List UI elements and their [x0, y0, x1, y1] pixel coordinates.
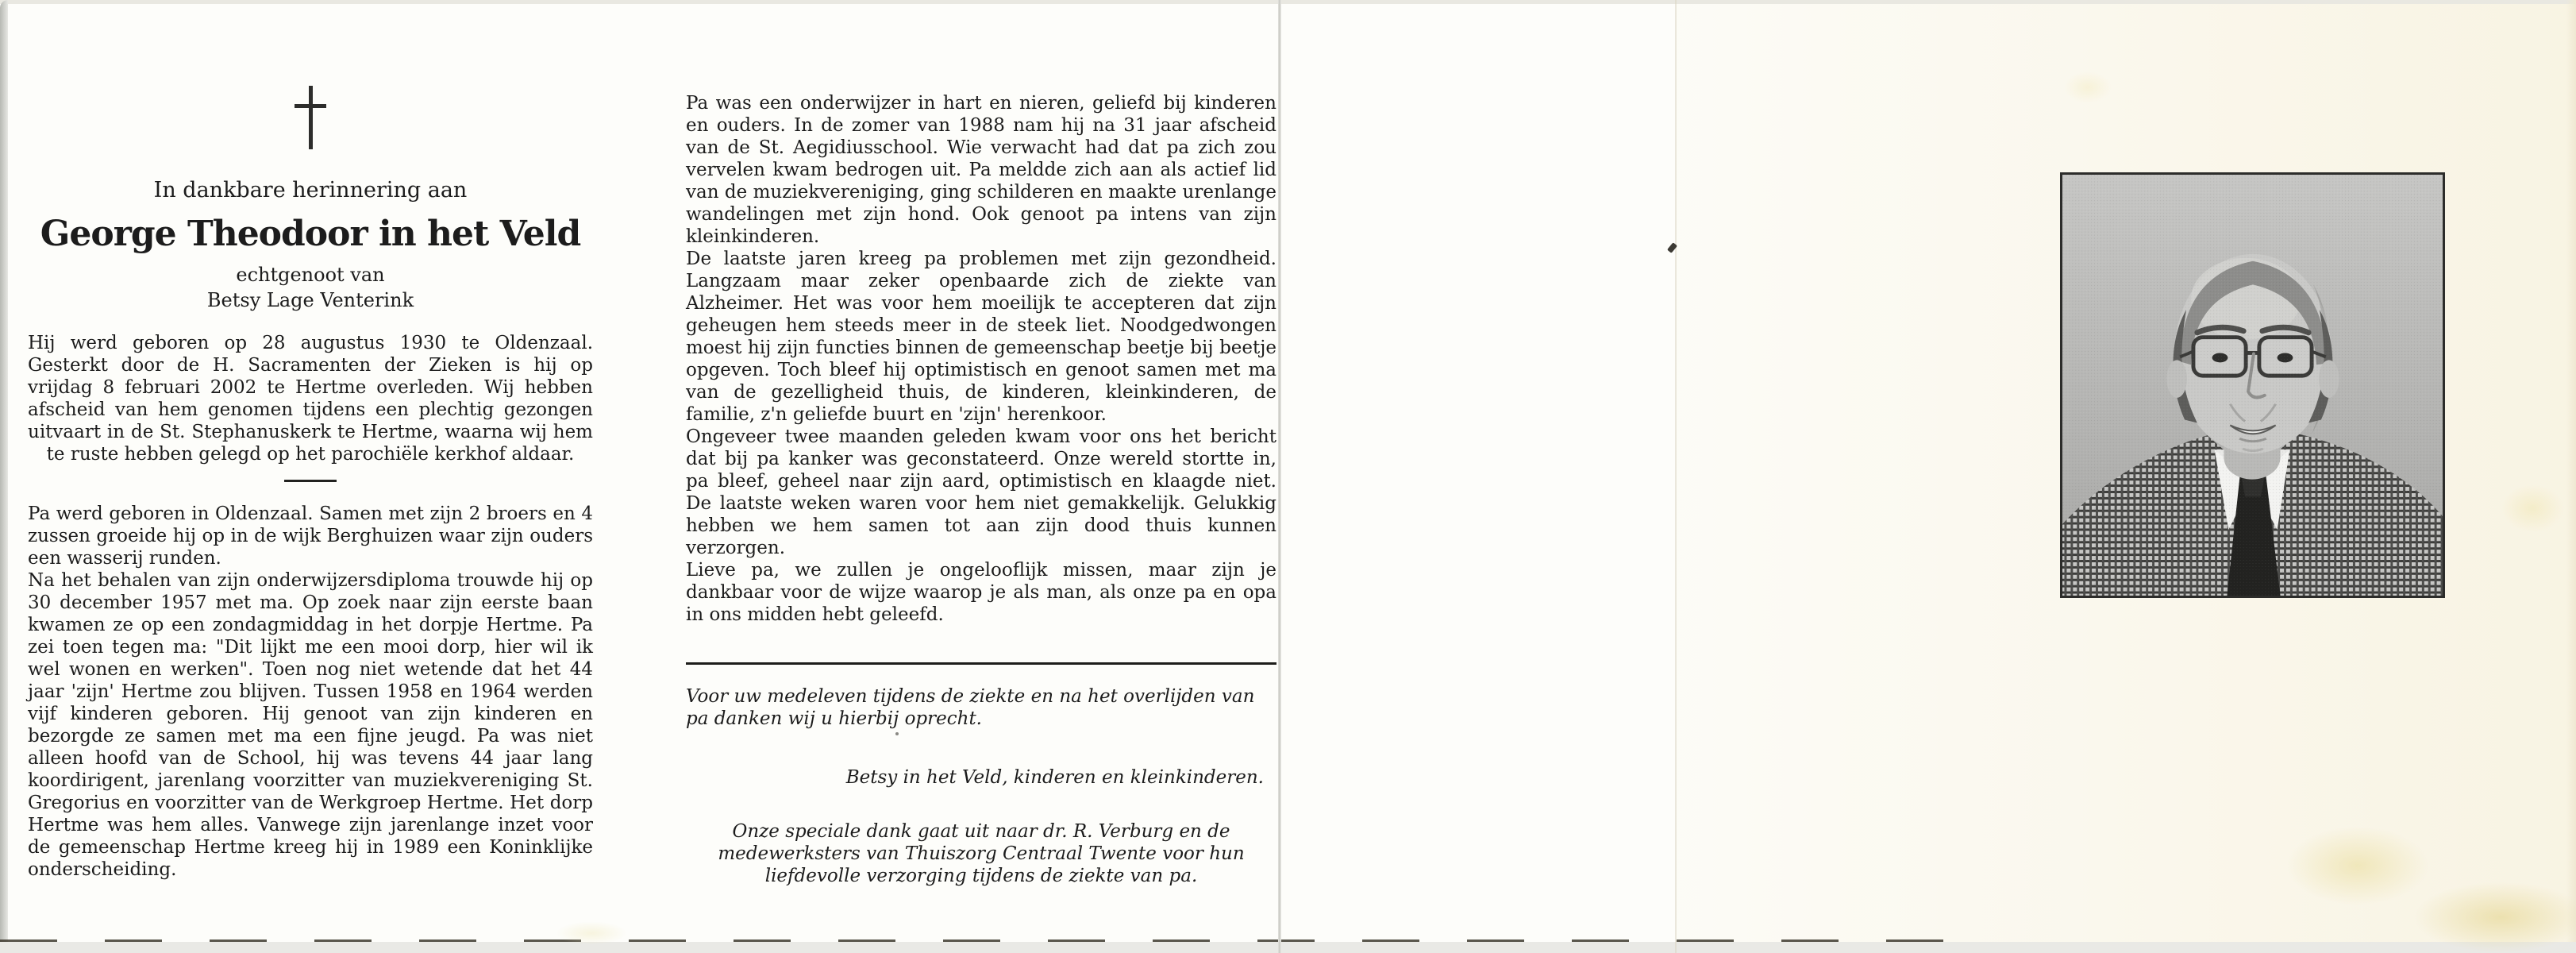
spouse-name: Betsy Lage Venterink — [28, 289, 593, 311]
paragraph-youth: Pa werd geboren in Oldenzaal. Samen met … — [28, 503, 593, 569]
cross-icon — [28, 86, 593, 149]
card-fold-line — [1278, 0, 1281, 953]
cross-vertical-bar — [309, 86, 313, 149]
card-bottom-tear-line — [0, 939, 1961, 942]
paper-stain — [2501, 484, 2564, 532]
section-divider — [284, 480, 337, 482]
middle-page-column: Pa was een onderwijzer in hart en nieren… — [686, 79, 1276, 887]
deceased-name: George Theodoor in het Veld — [28, 214, 593, 254]
left-page-column: In dankbare herinnering aan George Theod… — [28, 86, 593, 881]
spouse-prefix: echtgenoot van — [28, 264, 593, 286]
acknowledgement-rule — [686, 662, 1276, 665]
paragraph-illness: De laatste jaren kreeg pa problemen met … — [686, 248, 1276, 426]
portrait-photo — [2060, 172, 2445, 598]
intro-line: In dankbare herinnering aan — [28, 178, 593, 203]
paragraph-career: Na het behalen van zijn onderwijzersdipl… — [28, 569, 593, 881]
special-thanks: Onze speciale dank gaat uit naar dr. R. … — [686, 820, 1276, 887]
cross-horizontal-bar — [295, 104, 326, 108]
paper-stain — [2064, 71, 2112, 103]
paper-stain — [556, 921, 627, 945]
family-signature: Betsy in het Veld, kinderen en kleinkind… — [686, 766, 1276, 789]
paper-stain — [2413, 882, 2576, 953]
paragraph-teacher: Pa was een onderwijzer in hart en nieren… — [686, 92, 1276, 248]
paragraph-birth-death: Hij werd geboren op 28 augustus 1930 te … — [28, 332, 593, 465]
paragraph-farewell: Lieve pa, we zullen je ongelooflijk miss… — [686, 559, 1276, 626]
scanned-memorial-card: In dankbare herinnering aan George Theod… — [0, 0, 2576, 953]
portrait-photo-graphic — [2062, 175, 2443, 596]
paper-stain — [2286, 826, 2429, 905]
scan-edge-right — [2566, 0, 2576, 953]
scan-edge-bottom — [0, 942, 2576, 953]
scan-edge-top — [0, 0, 2576, 4]
acknowledgement-text: Voor uw medeleven tijdens de ziekte en n… — [686, 685, 1276, 730]
card-fold-line-right — [1675, 0, 1677, 953]
paragraph-cancer: Ongeveer twee maanden geleden kwam voor … — [686, 426, 1276, 559]
scan-edge-left — [0, 0, 8, 953]
